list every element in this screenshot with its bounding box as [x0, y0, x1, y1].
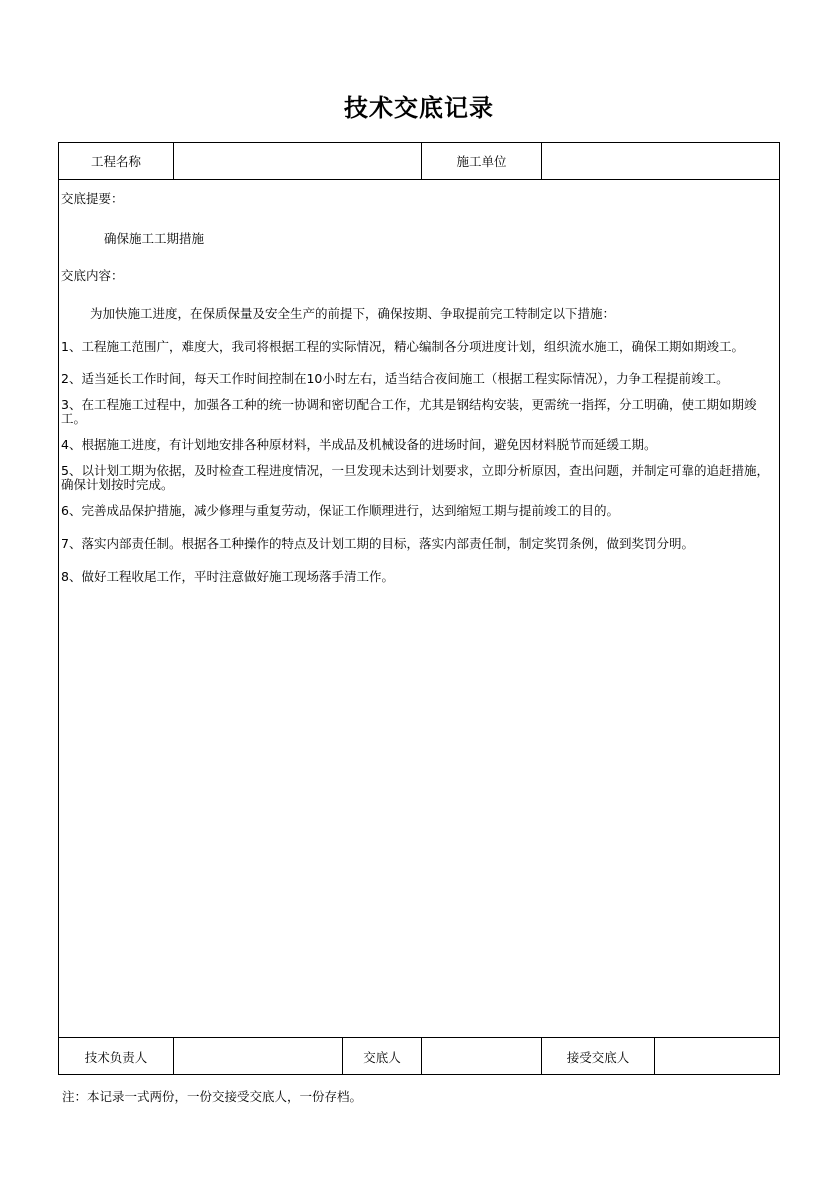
receiver-label: 接受交底人 — [541, 1038, 654, 1075]
tech-lead-label: 技术负责人 — [59, 1038, 173, 1075]
list-item: 5、以计划工期为依据，及时检查工程进度情况，一旦发现未达到计划要求，立即分析原因… — [61, 464, 775, 492]
intro-text: 为加快施工进度，在保质保量及安全生产的前提下，确保按期、争取提前完工特制定以下措… — [90, 307, 804, 321]
summary-text: 确保施工工期措施 — [104, 232, 818, 246]
project-name-label: 工程名称 — [59, 143, 173, 179]
signature-row: 技术负责人 交底人 接受交底人 — [59, 1037, 779, 1075]
disclosure-table: 工程名称 施工单位 交底提要： 确保施工工期措施 交底内容： 为加快施工进度，在… — [58, 142, 780, 1075]
list-item: 6、完善成品保护措施，减少修理与重复劳动，保证工作顺理进行，达到缩短工期与提前竣… — [61, 504, 775, 518]
construction-unit-field[interactable] — [541, 143, 779, 179]
list-item: 4、根据施工进度，有计划地安排各种原材料，半成品及机械设备的进场时间，避免因材料… — [61, 438, 775, 452]
receiver-field[interactable] — [654, 1038, 779, 1075]
content-label: 交底内容： — [61, 269, 775, 283]
project-name-field[interactable] — [173, 143, 421, 179]
list-item: 1、工程施工范围广，难度大，我司将根据工程的实际情况，精心编制各分项进度计划，组… — [61, 340, 775, 354]
header-row: 工程名称 施工单位 — [59, 143, 779, 180]
summary-label: 交底提要： — [61, 192, 775, 206]
footnote: 注：本记录一式两份，一份交接受交底人，一份存档。 — [62, 1087, 362, 1105]
list-item: 3、在工程施工过程中，加强各工种的统一协调和密切配合工作，尤其是钢结构安装，更需… — [61, 398, 775, 426]
disclosure-content: 交底提要： 确保施工工期措施 交底内容： 为加快施工进度，在保质保量及安全生产的… — [59, 180, 779, 1037]
tech-lead-field[interactable] — [173, 1038, 342, 1075]
page-title: 技术交底记录 — [0, 88, 838, 123]
discloser-field[interactable] — [421, 1038, 541, 1075]
list-item: 7、落实内部责任制。根据各工种操作的特点及计划工期的目标，落实内部责任制，制定奖… — [61, 537, 775, 551]
list-item: 2、适当延长工作时间，每天工作时间控制在10小时左右，适当结合夜间施工（根据工程… — [61, 372, 775, 386]
discloser-label: 交底人 — [342, 1038, 421, 1075]
construction-unit-label: 施工单位 — [421, 143, 541, 179]
list-item: 8、做好工程收尾工作，平时注意做好施工现场落手清工作。 — [61, 570, 775, 584]
